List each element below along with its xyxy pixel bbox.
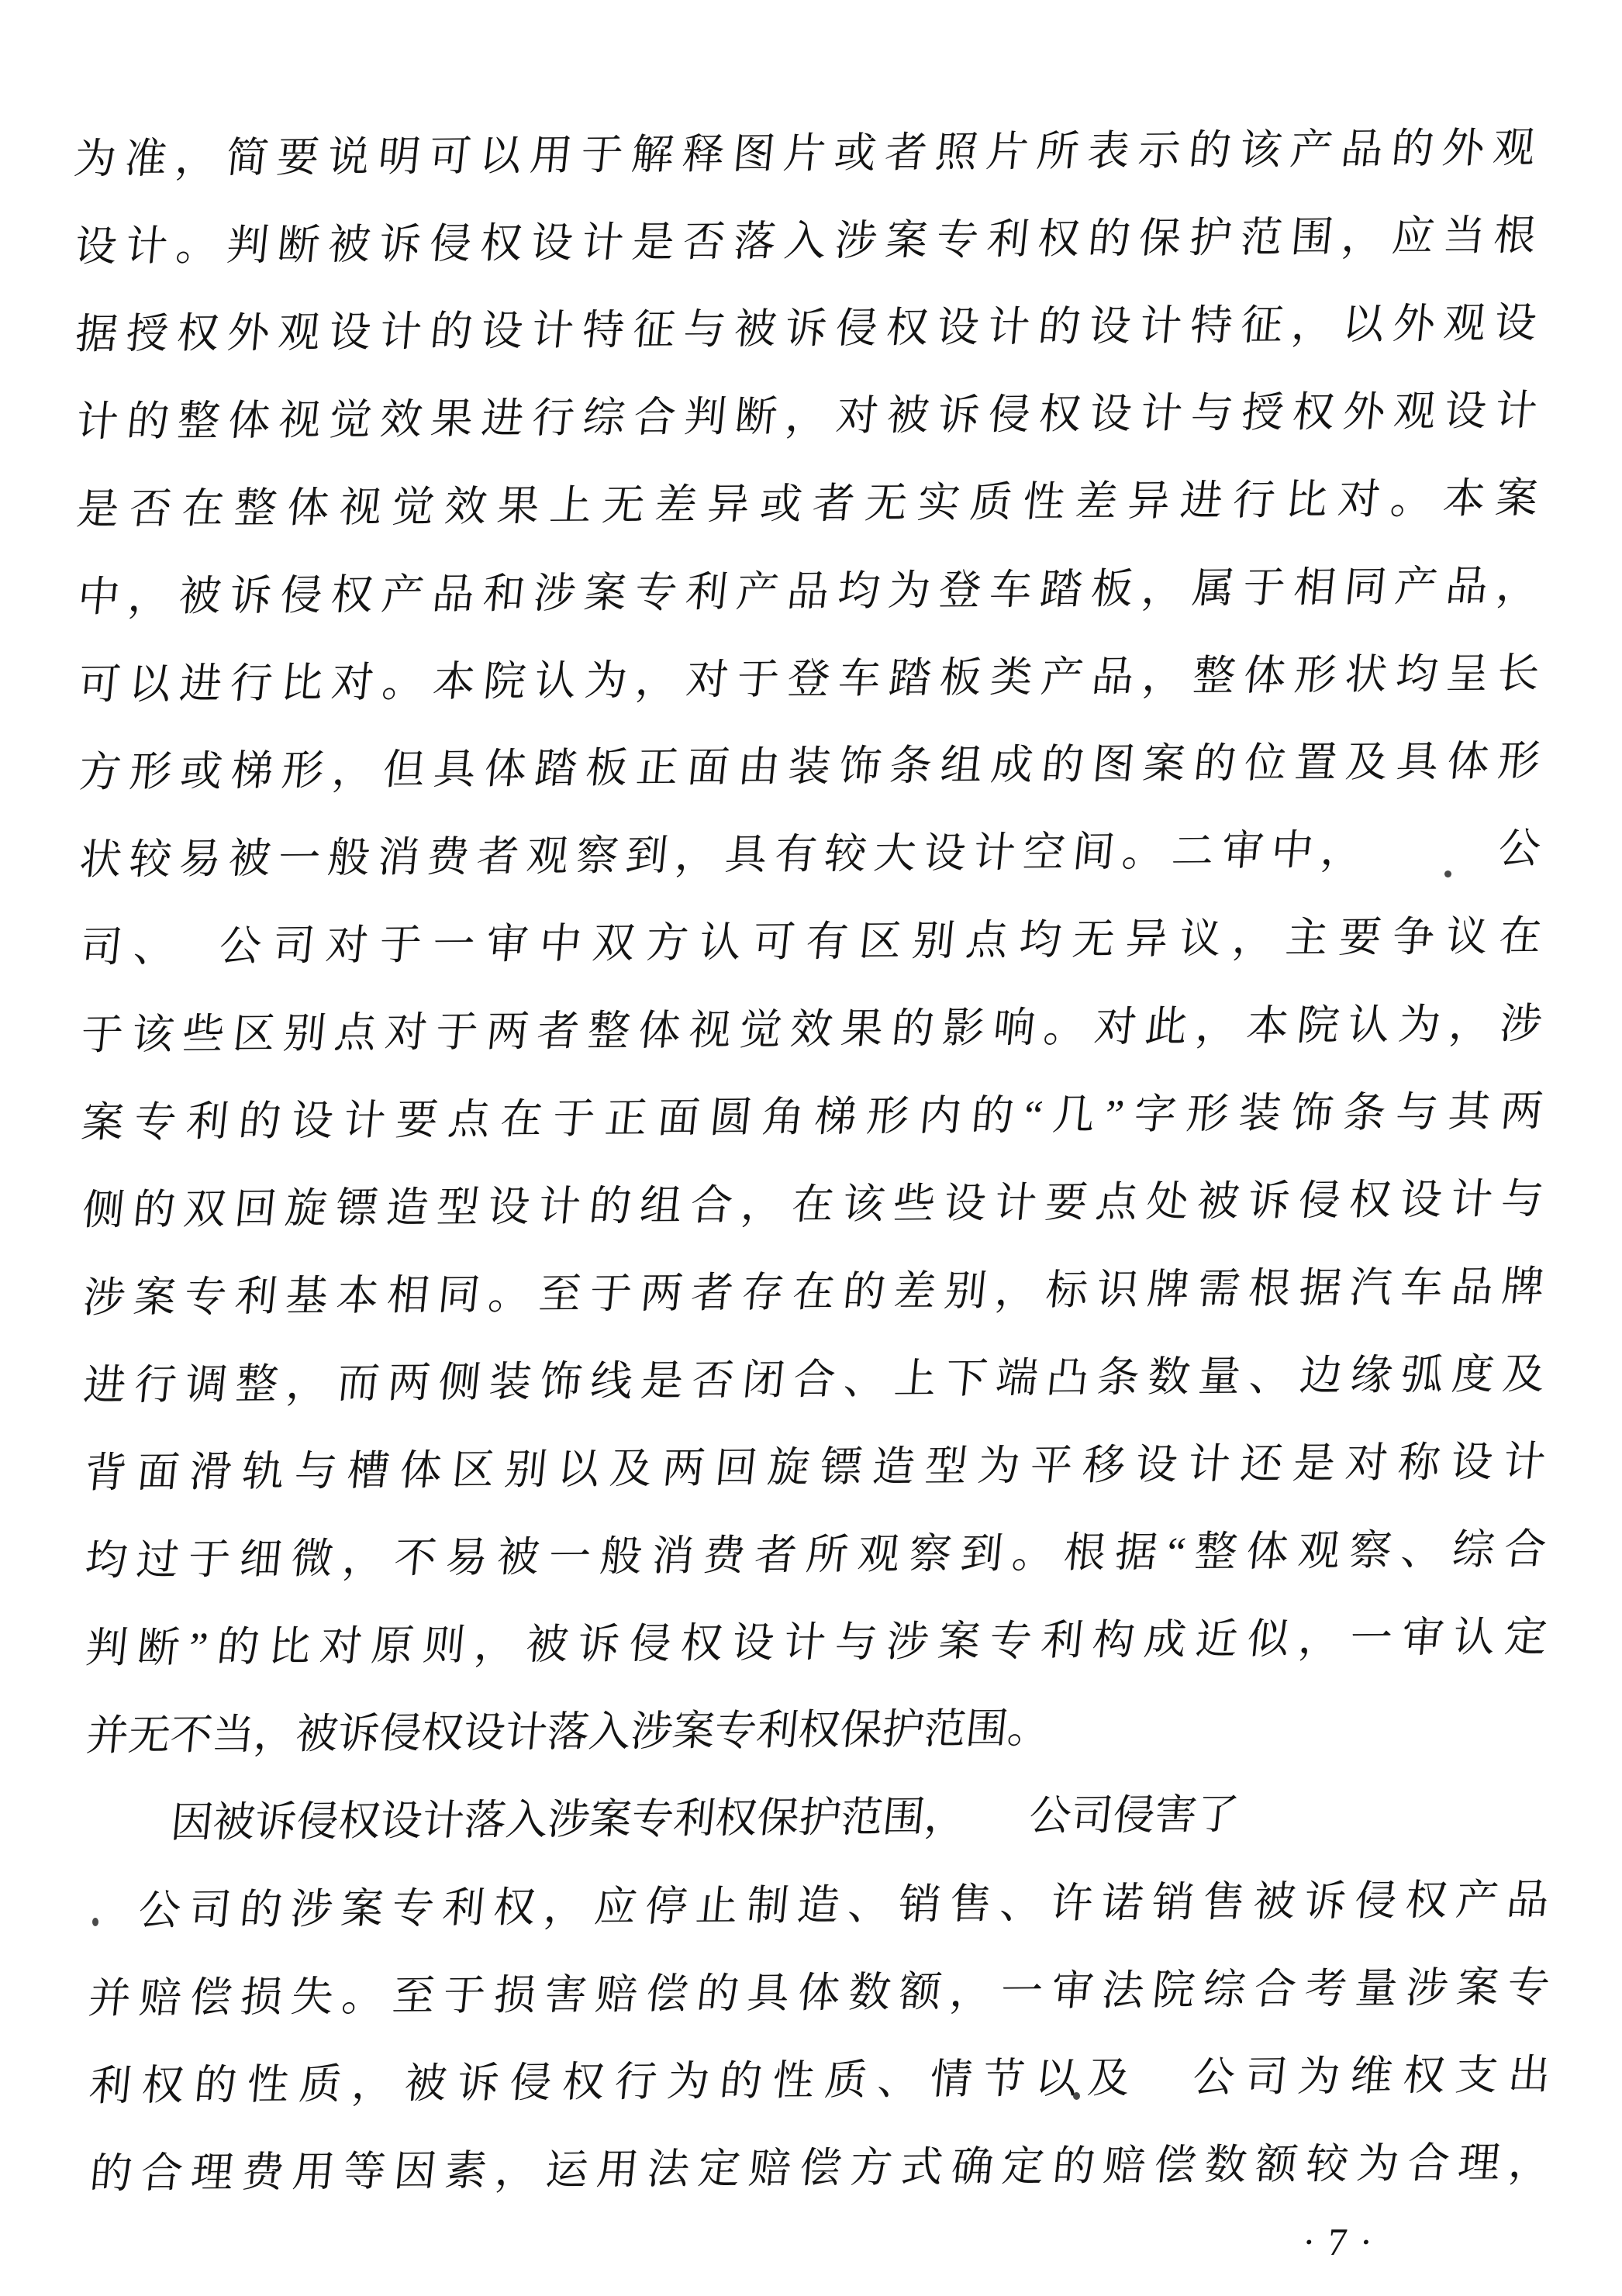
body-text-line: 方形或梯形，但具体踏板正面由装饰条组成的图案的位置及具体形 — [74, 718, 1544, 817]
body-text-line: 计的整体视觉效果进行综合判断，对被诉侵权设计与授权外观设计 — [72, 367, 1541, 467]
body-text-line: 侧的双回旋镖造型设计的组合，在该些设计要点处被诉侵权设计与 — [78, 1156, 1548, 1255]
body-text-line-paragraph-end: 并无不当，被诉侵权设计落入涉案专利权保护范围。 — [82, 1681, 1551, 1780]
body-text-line: 判断”的比对原则，被诉侵权设计与涉案专利构成近似，一审认定 — [81, 1593, 1551, 1692]
body-text-line-redacted-gap: 司、 公司对于一审中双方认可有区别点均无异议，主要争议在 — [76, 893, 1545, 992]
body-text-line-redacted-gap: 因被诉侵权设计落入涉案专利权保护范围， 公司侵害了 — [83, 1768, 1552, 1867]
body-text-line: 于该些区别点对于两者整体视觉效果的影响。对此，本院认为，涉 — [77, 981, 1546, 1080]
body-text-line: 并赔偿损失。至于损害赔偿的具体数额，一审法院综合考量涉案专 — [85, 1943, 1554, 2043]
body-text-line: 的合理费用等因素，运用法定赔偿方式确定的赔偿数额较为合理， — [86, 2118, 1555, 2218]
body-text-line: 涉案专利基本相同。至于两者存在的差别，标识牌需根据汽车品牌 — [79, 1243, 1548, 1343]
scan-artifact-dot — [1073, 2092, 1080, 2100]
body-text: 为准，简要说明可以用于解释图片或者照片所表示的该产品的外观 设计。判断被诉侵权设… — [69, 105, 1546, 2218]
body-text-line-redacted-gap: 状较易被一般消费者观察到，具有较大设计空间。二审中， 公 — [75, 805, 1544, 905]
body-text-line-redacted-gap: 利权的性质，被诉侵权行为的性质、情节以及 公司为维权支出 — [85, 2031, 1555, 2130]
body-text-line: 进行调整，而两侧装饰线是否闭合、上下端凸条数量、边缘弧度及 — [80, 1331, 1549, 1430]
body-text-line: 案专利的设计要点在于正面圆角梯形内的“几”字形装饰条与其两 — [78, 1068, 1547, 1167]
scan-artifact-dot — [92, 1918, 98, 1926]
body-text-line: 均过于细微，不易被一般消费者所观察到。根据“整体观察、综合 — [81, 1505, 1550, 1605]
body-text-line: 据授权外观设计的设计特征与被诉侵权设计的设计特征，以外观设 — [71, 280, 1541, 379]
body-text-line: 背面滑轨与槽体区别以及两回旋镖造型为平移设计还是对称设计 — [81, 1418, 1550, 1517]
page-number: ·7· — [1300, 2218, 1387, 2265]
document-page: 为准，简要说明可以用于解释图片或者照片所表示的该产品的外观 设计。判断被诉侵权设… — [0, 0, 1622, 2296]
body-text-line-redacted-gap: 公司的涉案专利权，应停止制造、销售、许诺销售被诉侵权产品 — [84, 1856, 1553, 1955]
body-text-line: 是否在整体视觉效果上无差异或者无实质性差异进行比对。本案 — [73, 455, 1542, 554]
body-text-line: 为准，简要说明可以用于解释图片或者照片所表示的该产品的外观 — [70, 105, 1539, 204]
body-text-line: 设计。判断被诉侵权设计是否落入涉案专利权的保护范围，应当根 — [71, 192, 1540, 291]
scan-artifact-dot — [1444, 870, 1451, 877]
body-text-line: 可以进行比对。本院认为，对于登车踏板类产品，整体形状均呈长 — [74, 630, 1544, 729]
body-text-line: 中，被诉侵权产品和涉案专利产品均为登车踏板，属于相同产品， — [74, 543, 1543, 642]
